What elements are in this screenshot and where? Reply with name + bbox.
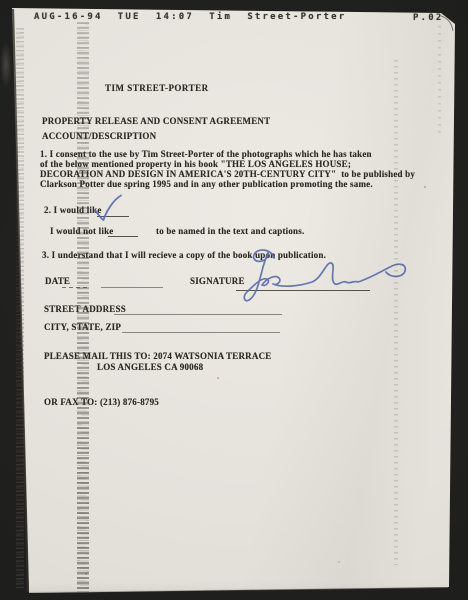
city-state-zip-label: CITY, STATE, ZIP xyxy=(44,322,121,332)
scanner-smudge xyxy=(0,42,12,88)
street-address-blank-rule xyxy=(114,314,282,315)
paper-speck xyxy=(217,377,219,379)
would-like-label: 2. I would like xyxy=(44,205,102,215)
fax-header-page-number: P.02 xyxy=(413,13,443,23)
would-not-like-label: I would not like xyxy=(50,226,113,236)
fax-to-line: OR FAX TO: (213) 876-8795 xyxy=(44,397,159,407)
paper-speck xyxy=(338,561,340,563)
paper-speck xyxy=(85,573,87,575)
date-label: DATE xyxy=(45,276,70,286)
clause-line: 1. I consent to the use by Tim Street-Po… xyxy=(40,149,372,159)
letterhead-title: TIM STREET-PORTER xyxy=(105,83,209,93)
copy-clause: 3. I understand that I will recieve a co… xyxy=(42,250,326,260)
document-title: PROPERTY RELEASE AND CONSENT AGREEMENT xyxy=(42,116,270,126)
would-not-like-suffix: to be named in the text and captions. xyxy=(156,226,304,236)
clause-line: Clarkson Potter due spring 1995 and in a… xyxy=(40,179,373,189)
would-not-like-blank-rule xyxy=(108,236,138,237)
section-label: ACCOUNT/DESCRIPTION xyxy=(42,131,156,141)
signature-label: SIGNATURE xyxy=(190,276,245,286)
date-blank-rule-short xyxy=(62,287,90,288)
date-blank-rule-long xyxy=(101,287,163,288)
street-address-label: STREET ADDRESS xyxy=(44,304,126,314)
signature-blank-rule xyxy=(236,290,370,291)
mail-to-line-2: LOS ANGELES CA 90068 xyxy=(97,362,203,372)
mail-to-line-1: PLEASE MAIL THIS TO: 2074 WATSONIA TERRA… xyxy=(44,351,271,361)
fax-scan-page: AUG-16-94 TUE 14:07 Tim Street-Porter P.… xyxy=(0,0,468,600)
clause-line: DECORATION AND DESIGN IN AMERICA'S 20TH-… xyxy=(40,169,415,179)
fax-header-line: AUG-16-94 TUE 14:07 Tim Street-Porter xyxy=(34,12,346,22)
would-like-blank-rule xyxy=(97,216,129,217)
paper-speck xyxy=(424,186,426,188)
paper-sheet xyxy=(0,0,468,600)
clause-line: of the below mentioned property in his b… xyxy=(40,159,351,169)
city-state-zip-blank-rule xyxy=(122,332,280,333)
